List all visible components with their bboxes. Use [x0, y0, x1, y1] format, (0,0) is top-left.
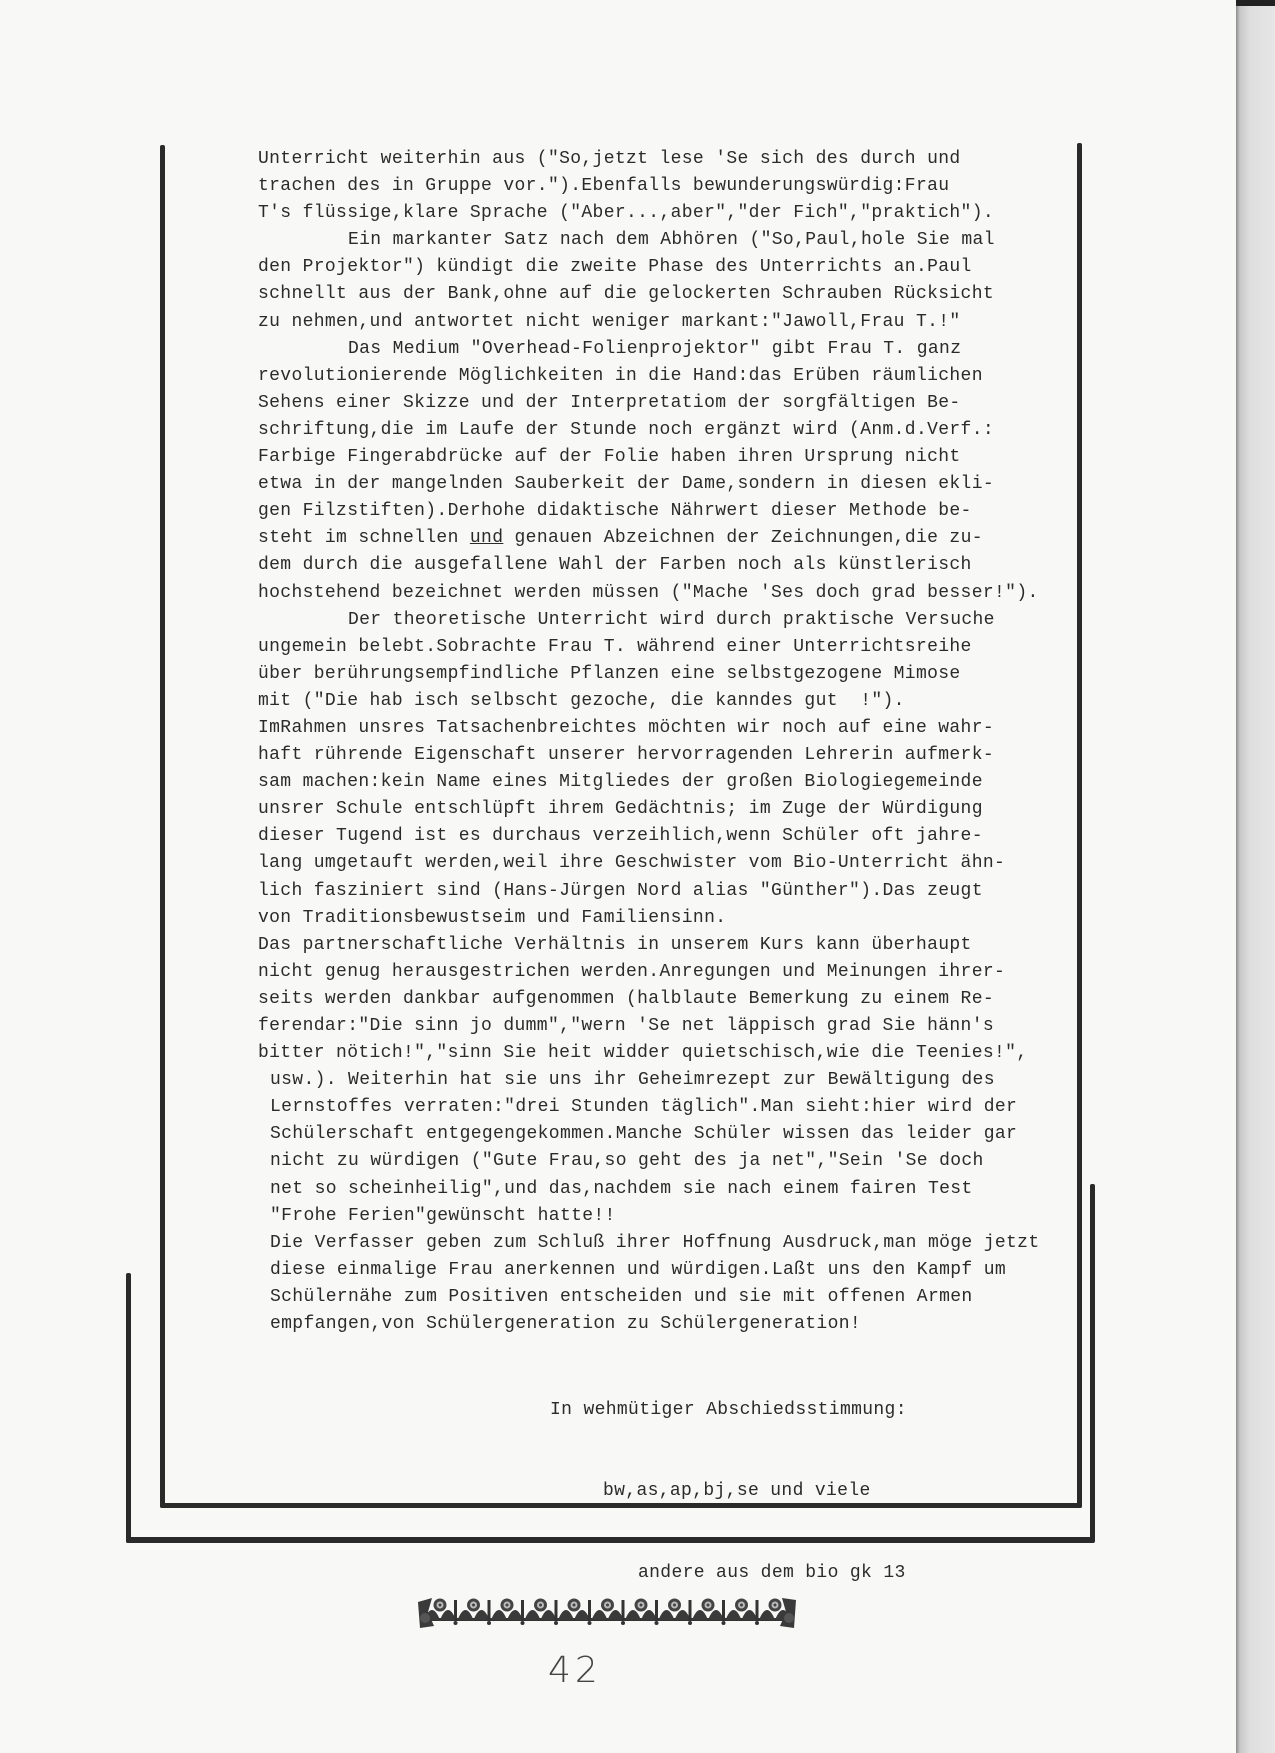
signature-block: In wehmütiger Abschiedsstimmung: bw,as,a… — [258, 1343, 1058, 1614]
text-line: Lernstoffes verraten:"drei Stunden tägli… — [258, 1094, 1058, 1121]
frame-inner-right — [1077, 143, 1082, 1508]
text-line: hochstehend bezeichnet werden müssen ("M… — [258, 580, 1058, 607]
text-line: T's flüssige,klare Sprache ("Aber...,abe… — [258, 200, 1058, 227]
page-edge-shadow — [1236, 0, 1275, 1753]
text-line: ImRahmen unsres Tatsachenbreichtes möcht… — [258, 715, 1058, 742]
floral-border-ornament — [418, 1596, 796, 1630]
text-line: Die Verfasser geben zum Schluß ihrer Hof… — [258, 1230, 1058, 1257]
text-line: diese einmalige Frau anerkennen und würd… — [258, 1257, 1058, 1284]
text-line: dem durch die ausgefallene Wahl der Farb… — [258, 552, 1058, 579]
text-line: Das partnerschaftliche Verhältnis in uns… — [258, 932, 1058, 959]
frame-outer-left — [126, 1273, 131, 1543]
frame-inner-left — [160, 145, 165, 1508]
text-line: mit ("Die hab isch selbscht gezoche, die… — [258, 688, 1058, 715]
text-line: net so scheinheilig",und das,nachdem sie… — [258, 1176, 1058, 1203]
text-line: etwa in der mangelnden Sauberkeit der Da… — [258, 471, 1058, 498]
text-line: Schülernähe zum Positiven entscheiden un… — [258, 1284, 1058, 1311]
page-edge-top — [1236, 0, 1275, 6]
text-line: lang umgetauft werden,weil ihre Geschwis… — [258, 850, 1058, 877]
signature-line-authors: bw,as,ap,bj,se und viele — [258, 1478, 1058, 1505]
text-line: Der theoretische Unterricht wird durch p… — [258, 607, 1058, 634]
text-line: ferendar:"Die sinn jo dumm","wern 'Se ne… — [258, 1013, 1058, 1040]
text-line: steht im schnellen und genauen Abzeichne… — [258, 525, 1058, 552]
text-line: unsrer Schule entschlüpft ihrem Gedächtn… — [258, 796, 1058, 823]
text-line: Farbige Fingerabdrücke auf der Folie hab… — [258, 444, 1058, 471]
text-line: zu nehmen,und antwortet nicht weniger ma… — [258, 309, 1058, 336]
text-line: lich fasziniert sind (Hans-Jürgen Nord a… — [258, 878, 1058, 905]
typewritten-body-text: Unterricht weiterhin aus ("So,jetzt lese… — [258, 146, 1058, 1338]
text-line: "Frohe Ferien"gewünscht hatte!! — [258, 1203, 1058, 1230]
signature-line-course: andere aus dem bio gk 13 — [258, 1560, 1058, 1587]
text-line: nicht genug herausgestrichen werden.Anre… — [258, 959, 1058, 986]
text-line: schriftung,die im Laufe der Stunde noch … — [258, 417, 1058, 444]
text-line: sam machen:kein Name eines Mitgliedes de… — [258, 769, 1058, 796]
text-line: ungemein belebt.Sobrachte Frau T. währen… — [258, 634, 1058, 661]
text-line: empfangen,von Schülergeneration zu Schül… — [258, 1311, 1058, 1338]
frame-outer-right — [1090, 1184, 1095, 1541]
text-line: von Traditionsbewustseim und Familiensin… — [258, 905, 1058, 932]
text-line: bitter nötich!","sinn Sie heit widder qu… — [258, 1040, 1058, 1067]
text-line: trachen des in Gruppe vor.").Ebenfalls b… — [258, 173, 1058, 200]
text-line: schnellt aus der Bank,ohne auf die geloc… — [258, 281, 1058, 308]
signature-line-farewell: In wehmütiger Abschiedsstimmung: — [258, 1397, 1058, 1424]
text-line: Ein markanter Satz nach dem Abhören ("So… — [258, 227, 1058, 254]
text-line: Schülerschaft entgegengekommen.Manche Sc… — [258, 1121, 1058, 1148]
text-line: haft rührende Eigenschaft unserer hervor… — [258, 742, 1058, 769]
page-number: 42 — [548, 1650, 628, 1691]
text-line: nicht zu würdigen ("Gute Frau,so geht de… — [258, 1148, 1058, 1175]
text-line: gen Filzstiften).Derhohe didaktische Näh… — [258, 498, 1058, 525]
text-line: Sehens einer Skizze und der Interpretati… — [258, 390, 1058, 417]
text-line: den Projektor") kündigt die zweite Phase… — [258, 254, 1058, 281]
text-line: Unterricht weiterhin aus ("So,jetzt lese… — [258, 146, 1058, 173]
text-line: dieser Tugend ist es durchaus verzeihlic… — [258, 823, 1058, 850]
text-line: usw.). Weiterhin hat sie uns ihr Geheimr… — [258, 1067, 1058, 1094]
text-line: über berührungsempfindliche Pflanzen ein… — [258, 661, 1058, 688]
text-line: seits werden dankbar aufgenommen (halbla… — [258, 986, 1058, 1013]
text-line: Das Medium "Overhead-Folienprojektor" gi… — [258, 336, 1058, 363]
text-line: revolutionierende Möglichkeiten in die H… — [258, 363, 1058, 390]
